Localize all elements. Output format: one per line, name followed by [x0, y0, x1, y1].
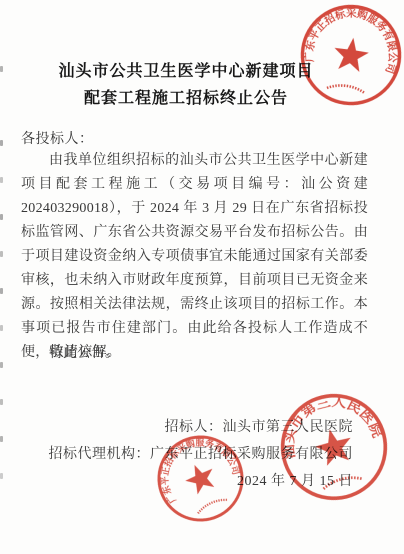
star-icon	[312, 425, 356, 468]
seal-code-marks	[196, 496, 228, 513]
star-icon	[332, 35, 371, 72]
scan-artifact	[0, 325, 3, 331]
scan-artifact	[0, 436, 3, 442]
scan-artifact	[0, 140, 3, 146]
closing-line: 特此公告。	[21, 342, 119, 362]
agency-label: 招标代理机构：	[49, 447, 151, 462]
scan-artifact	[0, 288, 3, 294]
scan-artifact	[0, 214, 3, 220]
round-seal-icon: 广东平正招标采购服务有限公司	[292, 0, 404, 114]
scan-artifact	[0, 251, 3, 257]
scan-artifact	[0, 399, 3, 405]
scan-artifact	[0, 177, 3, 183]
scan-artifact	[0, 473, 3, 479]
body-paragraph: 由我单位组织招标的汕头市公共卫生医学中心新建项目配套工程施工（交易项目编号：汕公…	[21, 149, 368, 365]
star-icon	[181, 459, 220, 497]
salutation: 各投标人：	[21, 128, 94, 148]
seal-code-marks	[322, 474, 363, 489]
seal-code-marks	[327, 83, 366, 93]
agency-company-seal-top: 广东平正招标采购服务有限公司	[292, 0, 404, 114]
document-page: 汕头市公共卫生医学中心新建项目 配套工程施工招标终止公告 各投标人： 由我单位组…	[0, 0, 404, 554]
scan-artifact	[0, 362, 3, 368]
